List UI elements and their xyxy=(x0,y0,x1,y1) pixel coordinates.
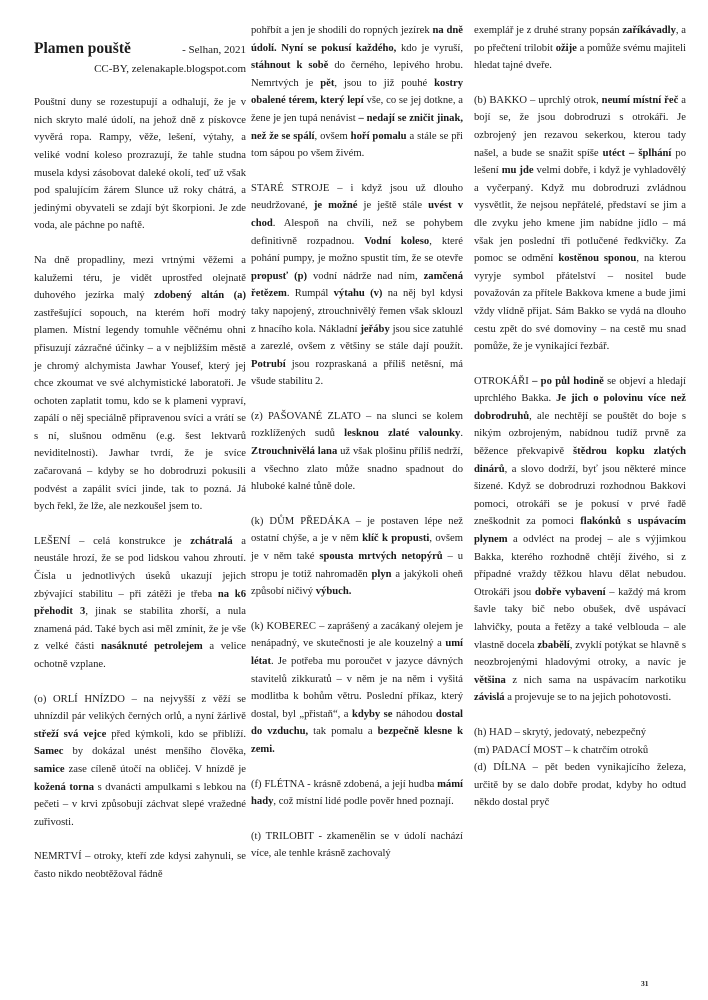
location-list: (h) HAD – skrytý, jedovatý, nebezpečný (… xyxy=(474,724,686,812)
trilobite-paragraph-start: (t) TRILOBIT - zkamenělin se v údolí nac… xyxy=(251,828,463,863)
intro-paragraph: Pouštní duny se rozestupují a odhalují, … xyxy=(34,94,246,235)
author-credit: - Selhan, 2021 xyxy=(182,42,246,60)
eagle-nest-paragraph: (o) ORLÍ HNÍZDO – na nejvyšší z věží se … xyxy=(34,691,246,832)
title-row: Plamen pouště - Selhan, 2021 xyxy=(34,40,246,60)
carpet-paragraph: (k) KOBEREC – zaprášený a zacákaný oleje… xyxy=(251,618,463,759)
smuggled-gold-paragraph: (z) PAŠOVANÉ ZLATO – na slunci se kolem … xyxy=(251,408,463,496)
old-machines-paragraph: STARÉ STROJE – i když jsou už dlouho neu… xyxy=(251,180,463,391)
column-1: Plamen pouště - Selhan, 2021 CC-BY, zele… xyxy=(34,40,246,901)
flute-paragraph: (f) FLÉTNA - krásně zdobená, a její hudb… xyxy=(251,776,463,811)
slavers-paragraph: OTROKÁŘI – po půl hodině se objeví a hle… xyxy=(474,373,686,707)
column-2: pohřbít a jen je shodili do ropných jezí… xyxy=(251,22,463,880)
bakko-paragraph: (b) BAKKO – uprchlý otrok, neumí místní … xyxy=(474,92,686,356)
list-item-workshop: (d) DÍLNA – pět beden vynikajícího želez… xyxy=(474,759,686,812)
trilobite-paragraph-cont: exemplář je z druhé strany popsán zaříká… xyxy=(474,22,686,75)
page-number: 31 xyxy=(641,979,649,988)
scaffolding-paragraph: LEŠENÍ – celá konstrukce je zchátralá a … xyxy=(34,533,246,674)
pavilion-paragraph: Na dně propadliny, mezi vrtnými věžemi a… xyxy=(34,252,246,516)
list-item-snake: (h) HAD – skrytý, jedovatý, nebezpečný xyxy=(474,724,686,742)
license-line: CC-BY, zelenakaple.blogspot.com xyxy=(34,61,246,79)
foreman-house-paragraph: (k) DŮM PŘEDÁKA – je postaven lépe než o… xyxy=(251,513,463,601)
page-title: Plamen pouště xyxy=(34,40,131,58)
undead-paragraph-start: NEMRTVÍ – otroky, kteří zde kdysi zahynu… xyxy=(34,848,246,883)
column-3: exemplář je z druhé strany popsán zaříká… xyxy=(474,22,686,812)
undead-paragraph-cont: pohřbít a jen je shodili do ropných jezí… xyxy=(251,22,463,163)
list-item-drawbridge: (m) PADACÍ MOST – k chatrčím otroků xyxy=(474,742,686,760)
